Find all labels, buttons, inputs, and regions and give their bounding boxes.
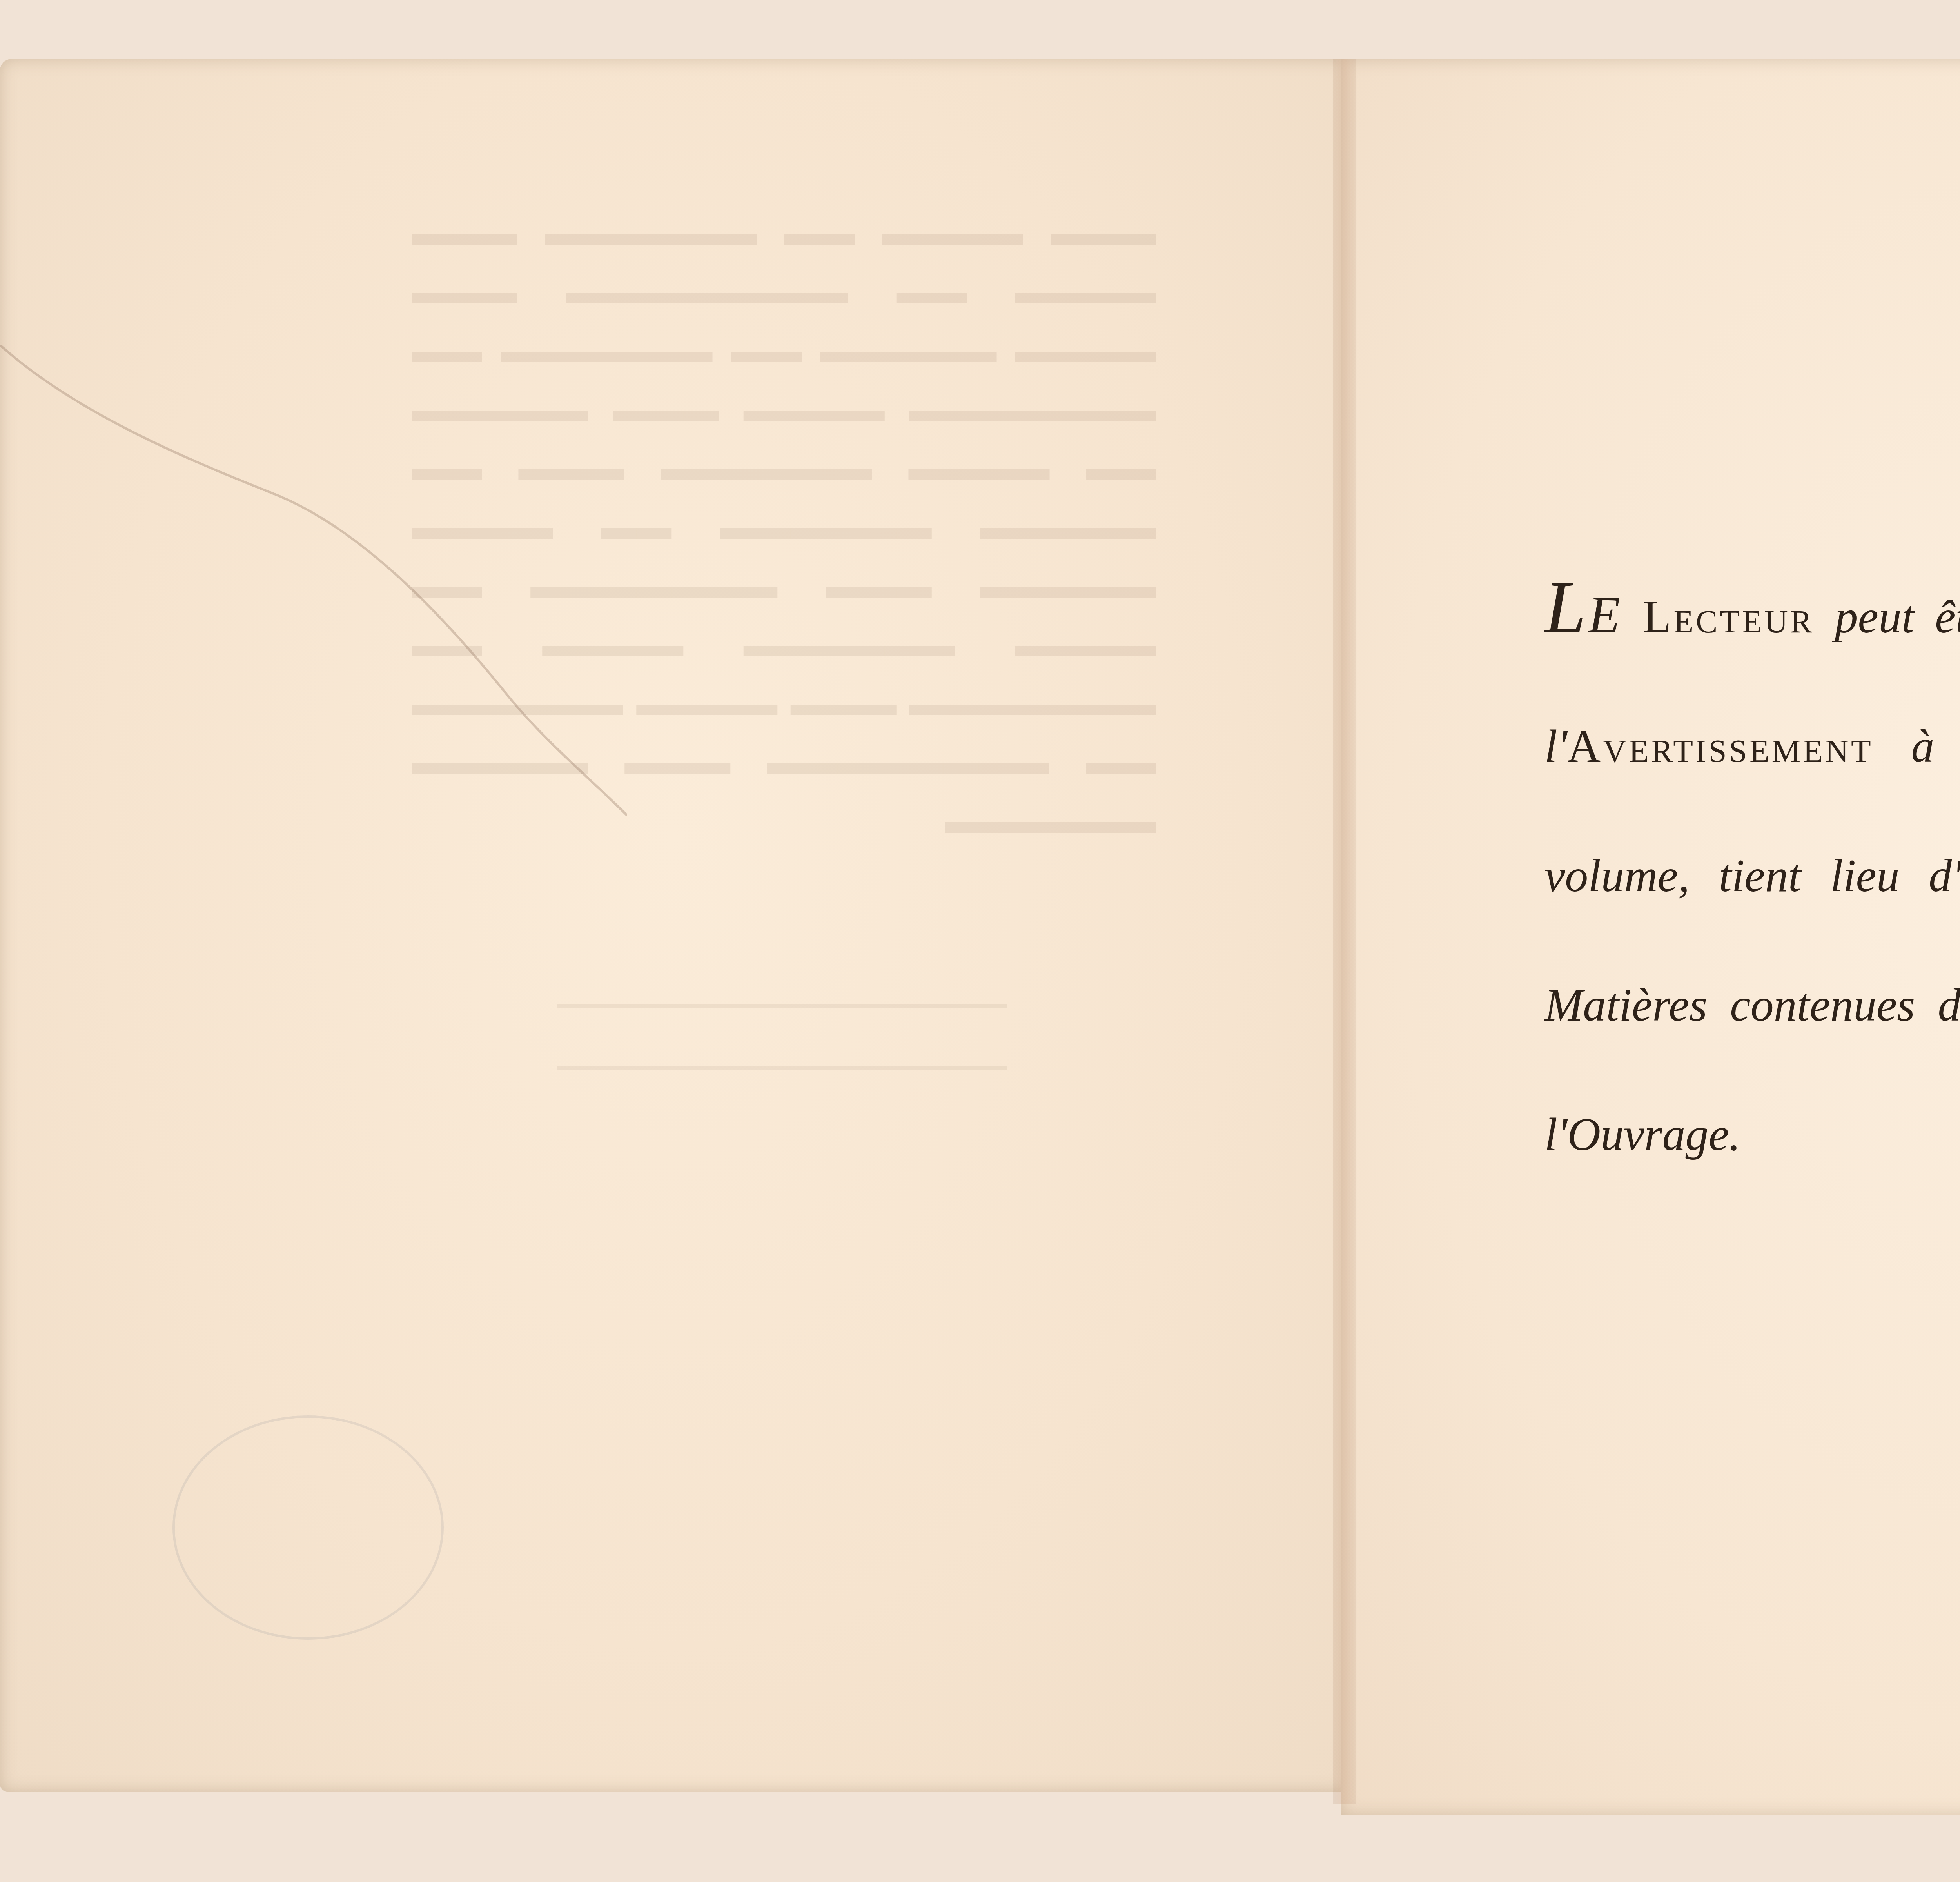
book-gutter xyxy=(1333,59,1356,1804)
printer-ornament xyxy=(557,1004,1007,1070)
library-stamp xyxy=(172,1415,444,1640)
notice-subject: Lecteur xyxy=(1643,591,1814,643)
show-through-text: ▬▬▬ ▬▬▬▬ ▬▬ ▬▬▬▬▬▬ ▬▬▬ ▬▬▬▬ ▬▬ ▬▬▬▬▬▬▬▬ … xyxy=(412,204,1156,851)
reader-notice: Le Lecteur peut être prévenu, que l'Aver… xyxy=(1544,543,1960,1199)
notice-avertissement: Avertissement xyxy=(1567,721,1873,772)
dropcap-word: Le xyxy=(1544,567,1622,649)
